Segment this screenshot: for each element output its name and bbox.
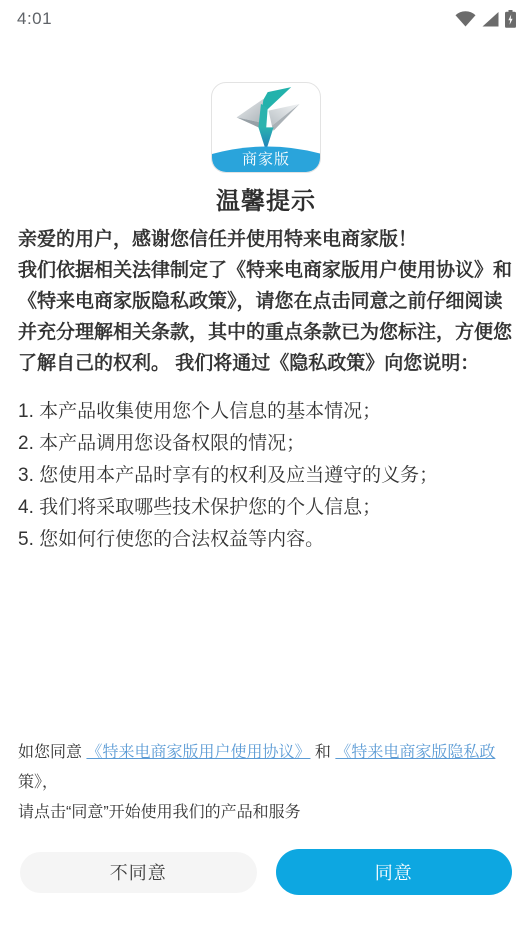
- cellular-icon: [482, 12, 499, 27]
- intro-text: 我们依据相关法律制定了《特来电商家版用户使用协议》和《特来电商家版隐私政策》，请…: [18, 255, 514, 379]
- agree-button[interactable]: 同意: [276, 849, 513, 895]
- privacy-policy-link[interactable]: 《特来电商家版隐私政: [335, 744, 495, 761]
- user-agreement-link[interactable]: 《特来电商家版用户使用协议》: [86, 744, 310, 761]
- clock: 4:01: [17, 9, 52, 29]
- privacy-consent-screen: 4:01: [0, 0, 532, 946]
- list-item: 4. 我们将采取哪些技术保护您的个人信息；: [18, 492, 514, 524]
- greeting-text: 亲爱的用户，感谢您信任并使用特来电商家版！: [18, 224, 514, 255]
- logo-badge-band: 商家版: [212, 145, 320, 172]
- logo-badge-label: 商家版: [212, 148, 320, 169]
- list-item: 1. 本产品收集使用您个人信息的基本情况；: [18, 396, 514, 428]
- footer-prefix: 如您同意: [18, 744, 86, 761]
- list-item: 5. 您如何行使您的合法权益等内容。: [18, 524, 514, 556]
- footer-conjunction: 和: [310, 744, 335, 761]
- button-row: 不同意 同意: [0, 849, 532, 895]
- list-item: 2. 本产品调用您设备权限的情况；: [18, 428, 514, 460]
- footer-line2: 请点击“同意”开始使用我们的产品和服务: [18, 804, 301, 821]
- list-item: 3. 您使用本产品时享有的权利及应当遵守的义务；: [18, 460, 514, 492]
- wifi-icon: [455, 11, 476, 27]
- disagree-button[interactable]: 不同意: [20, 852, 257, 893]
- bottom-area: 如您同意 《特来电商家版用户使用协议》 和 《特来电商家版隐私政策》， 请点击“…: [0, 738, 532, 895]
- footer-note: 如您同意 《特来电商家版用户使用协议》 和 《特来电商家版隐私政策》， 请点击“…: [0, 738, 532, 828]
- status-icons: [455, 10, 516, 28]
- dialog-body: 亲爱的用户，感谢您信任并使用特来电商家版！ 我们依据相关法律制定了《特来电商家版…: [0, 224, 532, 556]
- footer-suffix: 策》，: [18, 774, 58, 791]
- notice-list: 1. 本产品收集使用您个人信息的基本情况； 2. 本产品调用您设备权限的情况； …: [18, 396, 514, 556]
- status-bar: 4:01: [0, 0, 532, 34]
- battery-charging-icon: [505, 10, 516, 28]
- dialog-title: 温馨提示: [0, 181, 532, 216]
- app-logo: 商家版: [211, 82, 321, 173]
